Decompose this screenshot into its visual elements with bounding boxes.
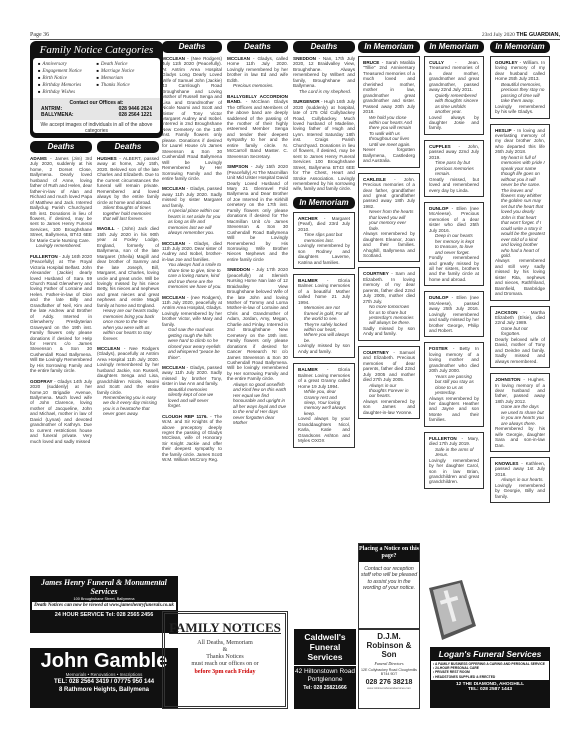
notice-name: SURGENOR	[293, 99, 320, 104]
column-deaths-2: Deaths HUGHES - ALBERT, passed away at h…	[97, 141, 159, 422]
ad-service-list: • A FAMILY BUSINESS OFFERING A CARING AN…	[431, 661, 549, 680]
category-item: Engagement Notice	[38, 68, 97, 74]
notice-text: - (Nee Rodgers) July 11th 2020 (Peaceful…	[162, 56, 222, 181]
notice-entry: FULLERTON - July 16th 2020 (Peacefully) …	[30, 254, 92, 374]
notice-name: MCCLEAN	[227, 56, 250, 61]
column-deaths-3: Deaths MCCLEAN - (Nee Rodgers) July 11th…	[162, 41, 222, 609]
notice-name: BRUCE	[363, 60, 379, 65]
notice-text: - Jean. Treasured memories of a dear mot…	[429, 60, 479, 92]
notice-entry: HESLIP - In loving and everlasting memor…	[490, 124, 550, 301]
notice-name: KNOWLES	[495, 461, 518, 466]
notice-text: - (nee Rodgers), 11th July 2020, peacefu…	[162, 295, 222, 327]
notice-verse: Time pass by but precious memories remai…	[429, 160, 479, 176]
notice-name: ARCHER	[298, 216, 318, 221]
notice-name: FULLERTON	[429, 436, 457, 441]
notice-entry: BALMER - Gloria Balmer. Loving memories …	[293, 363, 355, 447]
notice-name: BALMER	[298, 278, 318, 283]
notice-entry: CUPPLES - John, passed away 22nd July 20…	[424, 140, 484, 197]
notice-text: - July 15th 2020 (Peacefully) At The Mac…	[227, 164, 288, 262]
section-banner-deaths: Deaths	[30, 141, 92, 153]
notice-entry: ADAMS - James (Jim) 3rd July 2020, sudde…	[30, 156, 92, 249]
notice-signoff: Sadly missed by son Andy and family.	[363, 326, 415, 337]
ad-title: Placing a Notice on this page?	[359, 544, 419, 562]
category-item: Birthday Memories	[38, 82, 97, 88]
column-memoriam-6: In Memoriam BRUCE - Sarah Matilda "Tilli…	[358, 41, 420, 541]
notice-verse: God saw the road was getting rough the h…	[162, 327, 222, 360]
notice-verse: A special place within our hearts is set…	[162, 208, 222, 235]
notice-name: GOURLEY	[495, 60, 518, 65]
section-banner-memoriam: In Memoriam	[358, 41, 420, 53]
ad-placing-notice: Placing a Notice on this page? Contact o…	[358, 543, 420, 629]
notice-entry: COURTNEY - Sam and Elizabeth. In loving …	[358, 267, 420, 340]
notice-text: - Sarah Matilda "Tillie" 2nd Anniversary…	[363, 60, 415, 114]
notice-name: MCCLEAN	[162, 365, 185, 370]
office-name: BALLYMENA:	[41, 112, 74, 118]
notice-signoff: Dearly beloved wife of David, mother of …	[495, 337, 545, 364]
ad-phone: 028 276 38218	[359, 679, 419, 686]
ad-line: Thanks Notices	[163, 654, 287, 661]
page-number: Page 36	[30, 32, 49, 38]
category-item: Death Notice	[97, 61, 156, 67]
notice-entry: GOURLEY - William. In loving memory of m…	[490, 56, 550, 119]
ad-website: www.robinsonsfuneralservices.com	[359, 686, 419, 690]
notice-text: - July 16th 2020 (Peacefully) at The Roy…	[30, 254, 92, 374]
ad-line: must reach our offices on or	[163, 661, 287, 668]
notice-verse: Gone are the days we used to share but i…	[495, 404, 545, 426]
notice-text: - Nan, 17th July 2020, 12 Braidvalley Vi…	[293, 56, 355, 88]
notice-name: SNEDDON	[293, 56, 316, 61]
notice-signoff: Always remembered and still very sadly m…	[495, 258, 545, 296]
section-banner-memoriam: In Memoriam	[490, 41, 550, 53]
notice-entry: CLOUGH RBP 1176. - The W.M. and Sir Knig…	[162, 414, 222, 463]
notice-verse: Memories are not framed in gold, For all…	[298, 305, 350, 343]
notice-text: - Hugh 16th July 2020 (suddenly) at hosp…	[293, 99, 355, 191]
notice-verse: While you, dear Granny rest and sleep, Y…	[298, 389, 350, 416]
notice-verse: Gone but not forgotten.	[495, 326, 545, 337]
notice-text: - Samuel and Elizabeth. Precious memorie…	[363, 350, 415, 382]
notice-entry: MCCLEAN - Gladys, died 11th July 2020. D…	[162, 241, 222, 290]
notice-signoff: Lovingly remembered by Georgie, Billy an…	[495, 483, 545, 499]
notice-name: MCCLEAN	[162, 186, 185, 191]
ad-line: &	[163, 647, 287, 654]
notice-entry: SNEDDON - Nan, 17th July 2020, 12 Braidv…	[293, 56, 355, 94]
notice-signoff: Remembered by his wife Georgie, daughter…	[495, 426, 545, 448]
ad-logans-funeral: Logan's Funeral Services • A FAMILY BUSI…	[430, 647, 550, 708]
ad-address: 12E Cullybackey Road Cloughmills BT44 9D…	[359, 668, 419, 676]
notice-text: - Sam and Elizabeth. In loving memory of…	[363, 271, 415, 303]
category-item: Marriage Notice	[97, 68, 156, 74]
notice-signoff: Never forgotten Ballymena, Castlederg an…	[363, 147, 415, 163]
notice-name: BALMER	[298, 367, 318, 372]
ad-caldwells-funeral: Caldwell's Funeral Services 42 Hiltonsto…	[294, 629, 356, 709]
office-phone: 028 2564 1221	[119, 112, 152, 118]
notice-name: MCCLEAN	[162, 56, 185, 61]
notice-name: FULLERTON	[30, 254, 58, 259]
notice-signoff: Loved always by your Granddaughters Nico…	[298, 416, 350, 443]
header-rule	[30, 39, 560, 40]
notice-verse: Years are passing but still you stay as …	[429, 374, 479, 396]
category-item: Memoriam	[97, 75, 156, 81]
notice-entry: MCCLEAN - (nee Rodgers), 11th July 2020,…	[162, 295, 222, 360]
column-memoriam-7: In Memoriam CULLY - Jean. Treasured memo…	[424, 41, 484, 576]
categories-title: Family Notice Categories	[33, 44, 160, 57]
notice-text: - The W.M. and Sir Knights of the above …	[162, 414, 222, 463]
ad-djm-robinson: D.J.M. Robinson & Son Funeral Directors …	[358, 629, 420, 709]
notice-entry: BRUCE - Sarah Matilda "Tillie" 2nd Anniv…	[358, 56, 420, 168]
notice-entry: JACKSON - Martha Elizabeth (Elsie), died…	[490, 306, 550, 369]
notice-name: CLOUGH RBP 1176.	[162, 414, 208, 419]
ad-james-henry-funerals: James Henry Funeral & Monumental Service…	[30, 576, 178, 633]
notice-verse: Silent thoughts of times together hold m…	[97, 205, 159, 221]
column-deaths-1: Deaths ADAMS - James (Jim) 3rd July 2020…	[30, 141, 92, 449]
notice-name: JACKSON	[495, 310, 517, 315]
notice-name: MCCLEAN	[162, 295, 185, 300]
notice-name: CULLY	[429, 60, 444, 65]
notice-verse: Lovingly remembered.	[30, 243, 92, 248]
notice-verse: You always had a smile to share time to …	[162, 262, 222, 289]
notice-entry: SURGENOR - Hugh 16th July 2020 (suddenly…	[293, 99, 355, 192]
notice-verse: Quietly remembered with thoughts sincere…	[429, 93, 479, 115]
notice-signoff: Always remembered by daughters Eleanor, …	[363, 231, 415, 258]
notice-verse: Time slips past but memories last.	[298, 232, 350, 243]
category-item: Birthday Wishes	[38, 89, 97, 95]
ad-title: Logan's Funeral Services	[430, 647, 550, 661]
notice-entry: CARLISLE - John. Precious memories of a …	[358, 173, 420, 263]
notice-text: - (John) Jack died 15th July 2020 in his…	[97, 226, 159, 307]
notice-signoff: Fondly remembered and greatly missed by …	[429, 255, 479, 282]
notice-entry: ARCHER - Margaret (Pearl), died 23rd Jul…	[293, 212, 355, 269]
notice-signoff: Always remembered by son James and daugh…	[363, 399, 415, 415]
category-item: Anniversary	[38, 61, 97, 67]
ad-title: FAMILY NOTICES	[163, 620, 287, 636]
ad-phone: Tel: 028 25821666	[294, 685, 356, 691]
notice-name: FOSTER	[429, 346, 448, 351]
notice-entry: GODFRAY - Gladys 14th July 2020 (suddenl…	[30, 379, 92, 444]
notice-name: CARLISLE	[363, 177, 386, 182]
notice-entry: BALLYGELLY ACCORDION BAND. - McClean Gla…	[227, 94, 288, 159]
notice-text: - ALBERT, passed away at home, July 15th…	[97, 156, 159, 205]
notice-entry: COURTNEY - Samuel and Elizabeth. Preciou…	[358, 346, 420, 419]
contact-offices: Contact our Offices at: ANTRIM:028 9446 …	[33, 98, 160, 120]
ad-title: James Henry Funeral & Monumental Service…	[30, 576, 178, 596]
category-item: Birth Notice	[38, 75, 97, 81]
notice-text: - John. Precious memories of a dear fath…	[363, 177, 415, 209]
section-banner-deaths: Deaths	[162, 41, 222, 53]
notice-entry: MCCLEAN - (Nee Rodgers) July 11th 2020 (…	[162, 56, 222, 181]
notice-verse: Always in our thoughts Forever in our he…	[363, 383, 415, 399]
notice-signoff: Always remembered by her daughters Heath…	[429, 396, 479, 423]
images-note: We accept images of individuals in all o…	[38, 122, 155, 134]
notice-signoff: Lovingly remembered by her daughter Caro…	[429, 458, 479, 485]
category-item: Thanks Notice	[97, 82, 156, 88]
notice-verse: No more tomorrows for us to share but ye…	[363, 304, 415, 326]
ad-service-item: • HEADSTONES SUPPLIED & ERECTED	[433, 675, 547, 679]
ad-john-gamble: John Gamble Memorials • Renovations • In…	[30, 648, 178, 708]
notice-name: COURTNEY	[363, 271, 389, 276]
column-deaths-5: Deaths SNEDDON - Nan, 17th July 2020, 12…	[293, 41, 355, 626]
notice-entry: MCCLEAN - Nee Rodgers (Gladys), peaceful…	[97, 346, 159, 417]
notice-verse: My heart is full of memories with pride …	[495, 155, 545, 259]
ad-address: 100 Broughshane Street, Ballymena	[30, 597, 178, 601]
bible-cross-icon	[424, 580, 479, 642]
notice-name: COURTNEY	[363, 350, 389, 355]
notice-name: HUGHES	[97, 156, 117, 161]
notice-signoff: Lovingly remembered by his wife Gladys.	[495, 104, 545, 115]
notice-verse: Safe in the arms of Jesus.	[429, 447, 479, 458]
notice-entry: SNEDDON - July 17th 2020 (peacefully) at…	[227, 267, 288, 425]
ad-subtitle: Funeral Directors	[359, 661, 419, 666]
ad-address: 42 Hiltonstown Road Portglenone	[294, 665, 356, 683]
ad-phone: 24 HOUR SERVICE Tel: 028 2565 2456	[30, 612, 178, 618]
notice-name: DUNLOP	[429, 206, 448, 211]
section-banner-memoriam: In Memoriam	[293, 197, 355, 209]
notice-name: SNEDDON	[227, 267, 250, 272]
notice-signoff: Lovingly missed by son Andy and family.	[298, 343, 350, 354]
ad-phone: TEL: 028 2587 1443	[430, 687, 550, 693]
section-banner-deaths: Deaths	[97, 141, 159, 153]
notice-entry: MCCLEAN - Gladys, passed away 11th July …	[162, 186, 222, 235]
notice-name: SIMPSON	[227, 164, 248, 169]
issue-date: 23rd July 2020	[482, 32, 515, 38]
ad-address: 8 Rathmore Heights, Ballymena	[30, 687, 178, 693]
notice-entry: DUNLOP - Ellen (nee McAleese). Precious …	[424, 202, 484, 286]
ad-line: All Deaths, Memoriam	[163, 640, 287, 647]
notice-name: MAGILL	[97, 226, 115, 231]
notice-text: - James (Jim) 3rd July 2020, suddenly at…	[30, 156, 92, 243]
ad-body: Contact our reception staff who will be …	[359, 562, 419, 591]
notice-verse: Heavy are our hearts today memories brin…	[97, 308, 159, 341]
notice-verse: We hold you close within our hearts And …	[363, 115, 415, 148]
section-banner-memoriam: In Memoriam	[424, 41, 484, 53]
ad-title: D.J.M. Robinson & Son	[359, 630, 419, 659]
column-deaths-4: Deaths MCCLEAN - Gladys, called Home 11t…	[227, 41, 288, 609]
ad-title: Caldwell's Funeral Services	[294, 629, 356, 662]
column-memoriam-8: In Memoriam GOURLEY - William. In loving…	[490, 41, 550, 641]
section-banner-deaths: Deaths	[293, 41, 355, 53]
ad-website-notice: Death Notices can now be viewed at www.j…	[32, 602, 176, 610]
notice-name: HESLIP	[495, 128, 512, 133]
notice-name: DUNLOP	[429, 295, 448, 300]
notice-verse: Always so good unselfish and Kind few on…	[227, 382, 288, 426]
notice-entry: BALMER - Gloria Balmer. Loving memories …	[293, 274, 355, 358]
ad-phone: TEL: 028 2564 3419 / 07775 950 144	[30, 679, 178, 685]
notice-verse: Always in our hearts.	[495, 477, 545, 482]
ad-title: John Gamble	[30, 650, 178, 672]
notice-entry: DUNLOP - Ellen (nee McAleese), passed aw…	[424, 291, 484, 337]
section-banner-deaths: Deaths	[227, 41, 288, 53]
notice-entry: SIMPSON - July 15th 2020 (Peacefully) At…	[227, 164, 288, 262]
ad-family-notices-deadline: FAMILY NOTICES All Deaths, Memoriam&Than…	[162, 611, 288, 709]
notice-verse: Precious memories.	[227, 83, 288, 88]
ad-services: Memorials • Renovations • Inscriptions	[30, 672, 178, 677]
notice-entry: HUGHES - ALBERT, passed away at home, Ju…	[97, 156, 159, 221]
notice-entry: CULLY - Jean. Treasured memories of a de…	[424, 56, 484, 135]
family-notice-categories: Family Notice Categories Anniversary Dea…	[30, 41, 163, 138]
notice-verse: Never from the hearts that loved you wil…	[363, 209, 415, 231]
notice-verse: Beautiful memories, precious they stay n…	[495, 82, 545, 104]
notice-name: MCCLEAN	[97, 346, 120, 351]
notice-verse: Deep in our hearts her memory is kept to…	[429, 233, 479, 255]
notice-text: - July 17th 2020 (peacefully) at Slemish…	[227, 267, 288, 381]
notice-verse: The Lord is my shepherd.	[293, 89, 355, 94]
notice-name: GODFRAY	[30, 379, 53, 384]
notice-text: - Gladys 14th July 2020 (suddenly) at he…	[30, 379, 92, 444]
notice-entry: MCCLEAN - Gladys, called Home 11th July …	[227, 56, 288, 89]
notice-name: MCCLEAN	[162, 241, 185, 246]
notice-entry: KNOWLES - Kathleen, passed away 1st July…	[490, 457, 550, 503]
notice-entry: FULLERTON - Mary, died 17th July 2019.Sa…	[424, 432, 484, 489]
page-dateline: 23rd July 2020 THE GUARDIAN,	[482, 32, 560, 38]
category-list: Anniversary Death Notice Engagement Noti…	[38, 61, 155, 95]
notice-entry: MAGILL - (John) Jack died 15th July 2020…	[97, 226, 159, 341]
notice-verse: Remembering you is easy we do it every d…	[97, 395, 159, 417]
notice-signoff: Greatly missed, but loved and remembered…	[429, 177, 479, 193]
notice-entry: MCCLEAN - Gladys, passed away 11th July …	[162, 365, 222, 409]
notice-entry: JOHNSTON - Hughes. In loving memory of a…	[490, 373, 550, 452]
paper-name: THE GUARDIAN,	[516, 32, 560, 38]
notice-text: - McClean Gladys The Officers and Member…	[227, 99, 288, 159]
notice-name: CUPPLES	[429, 144, 451, 149]
notice-verse: Beautiful memories silently kept of one …	[162, 387, 222, 409]
ad-deadline: before 3pm each Friday	[163, 669, 287, 675]
notice-name: JOHNSTON	[495, 377, 520, 382]
notice-name: ADAMS	[30, 156, 47, 161]
notice-signoff: Loved always by daughter Josie and famil…	[429, 115, 479, 131]
notice-signoff: Lovingly remembered by son Rodney and da…	[298, 243, 350, 265]
notice-text: - Ellen (nee McAleese), passed away 25th…	[429, 295, 479, 333]
notice-entry: FOSTER - Betty In loving memory of a lov…	[424, 342, 484, 426]
notice-text: - Nee Rodgers (Gladys), peacefully at An…	[97, 346, 159, 395]
